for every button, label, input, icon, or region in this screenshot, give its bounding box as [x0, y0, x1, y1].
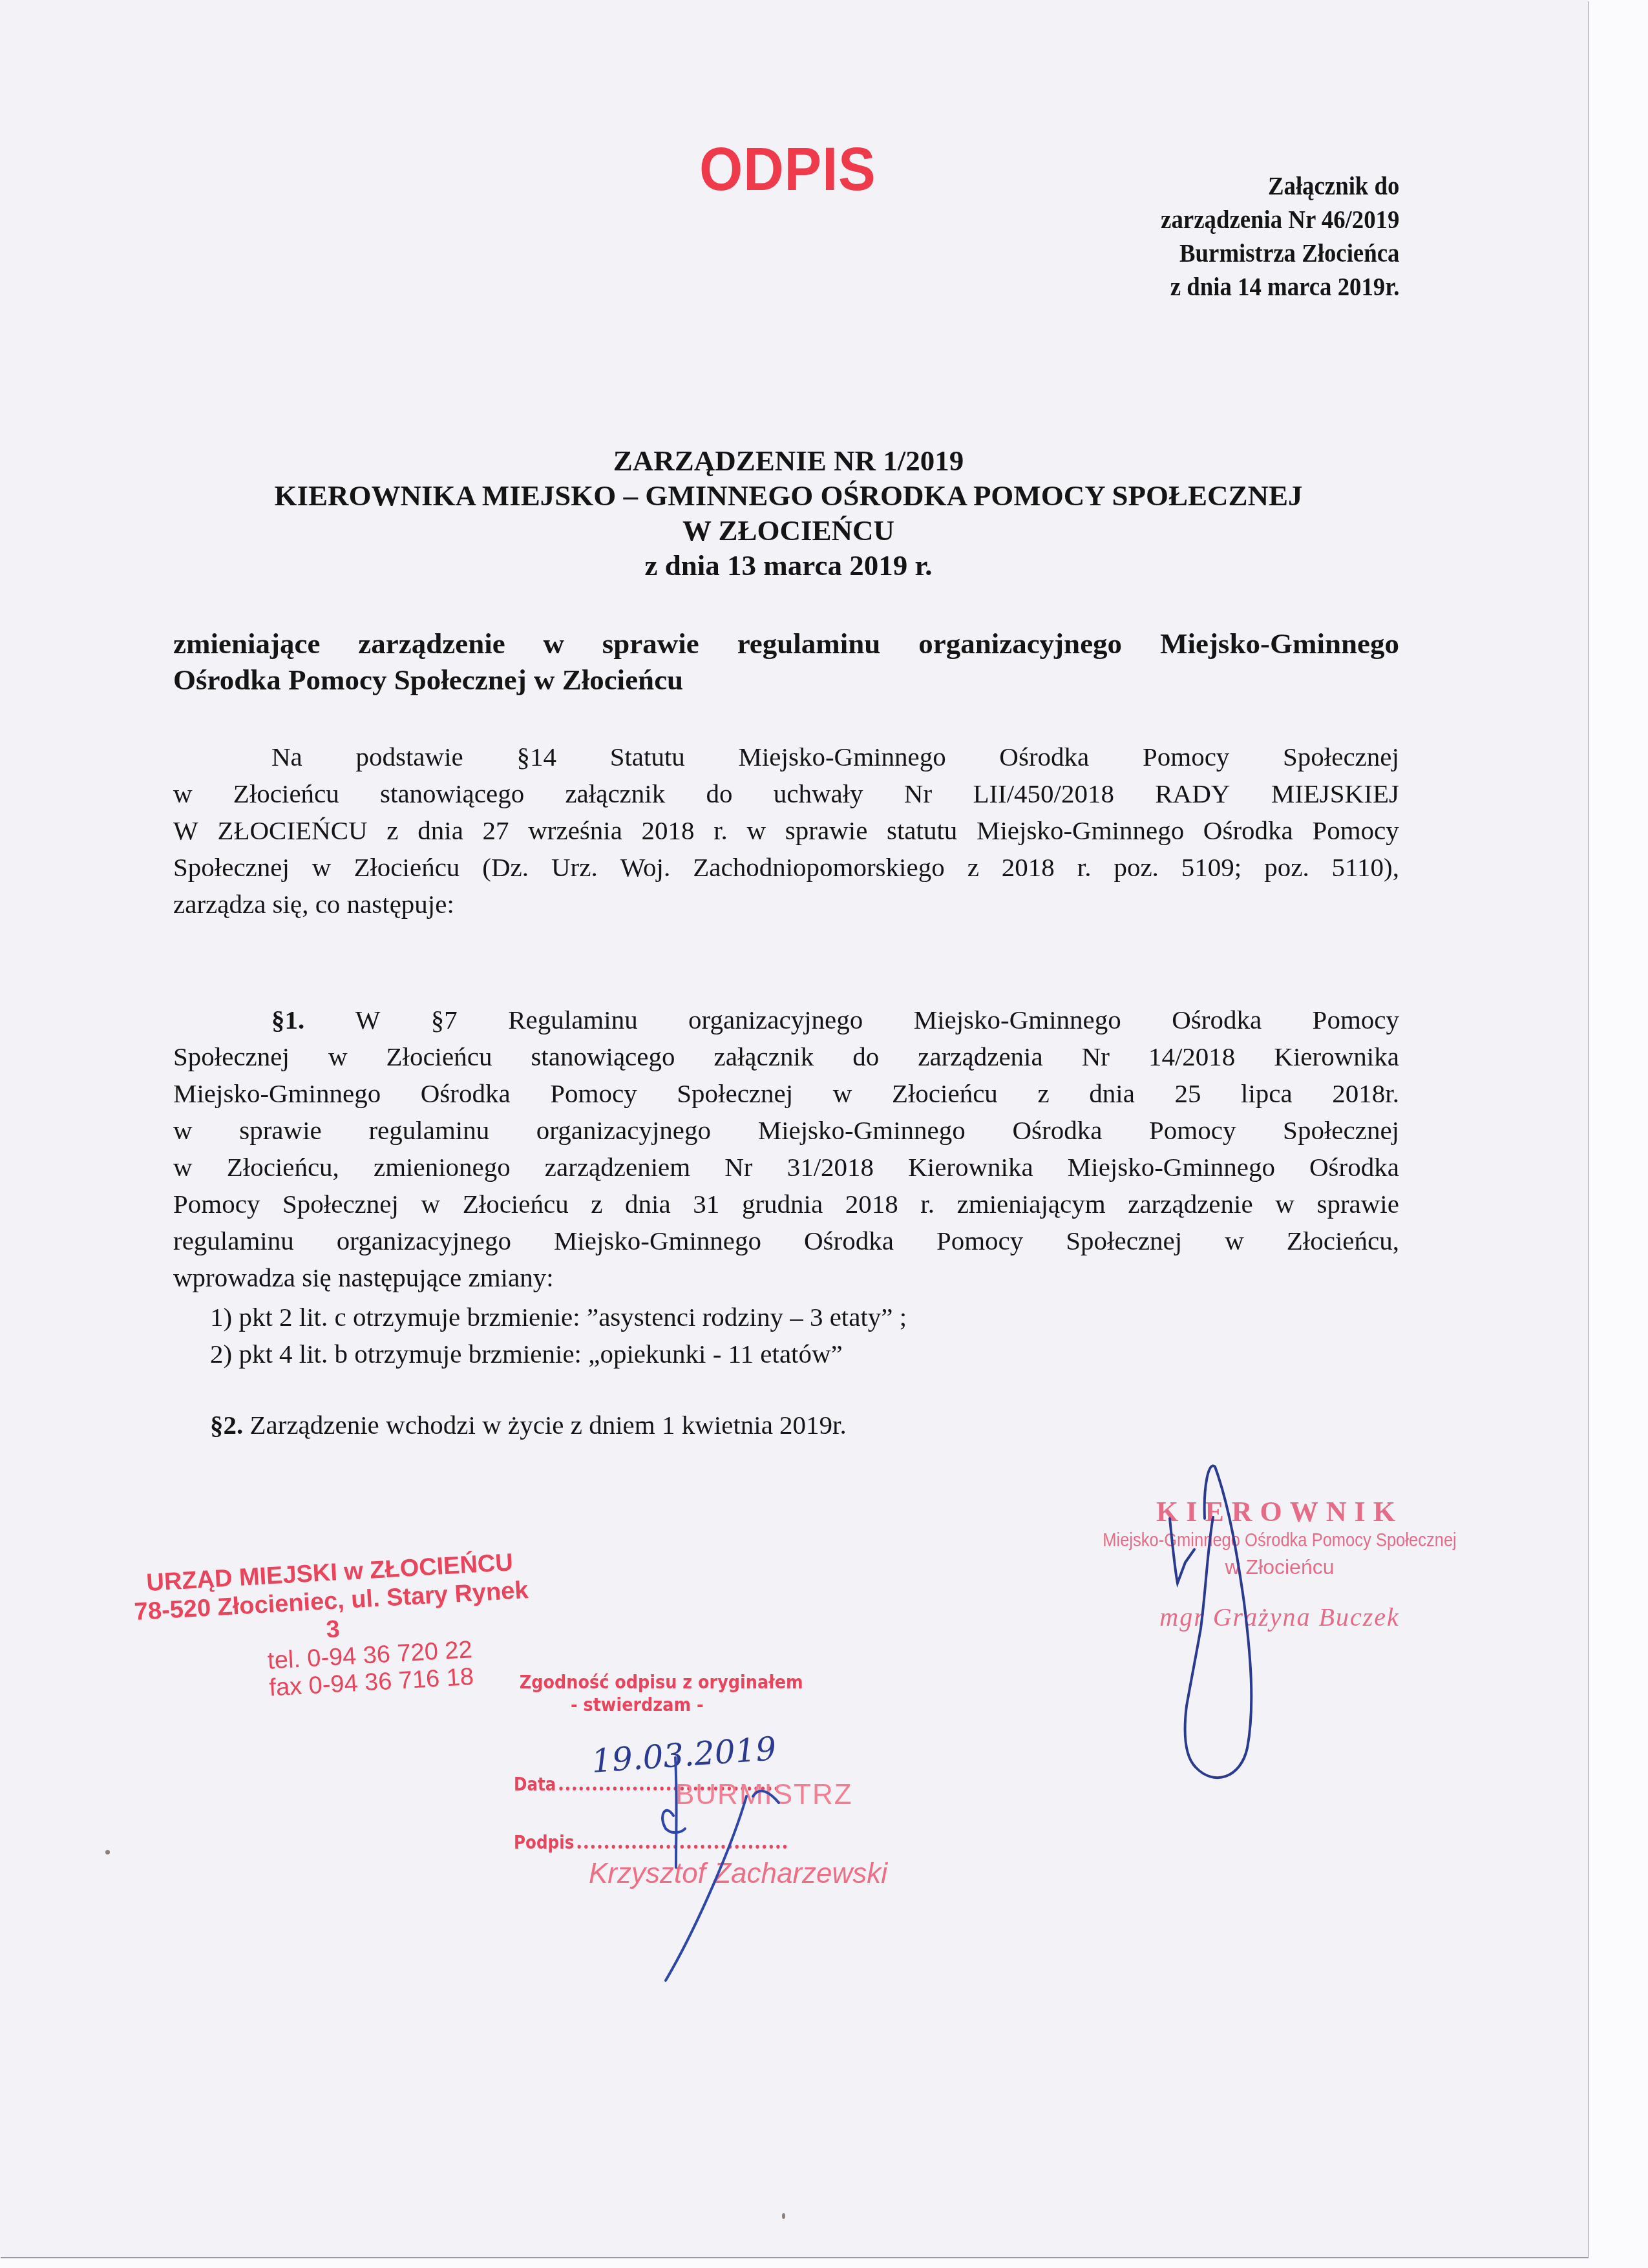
- word: Nr: [904, 775, 932, 812]
- word: w: [747, 812, 766, 849]
- word: zarządzeniem: [545, 1149, 690, 1186]
- word: Nr: [1082, 1038, 1110, 1075]
- word: Kierownika: [908, 1149, 1033, 1186]
- word: dnia: [417, 812, 463, 849]
- word: (Dz.: [482, 849, 529, 886]
- word: 2018: [845, 1186, 898, 1223]
- word: 31/2018: [787, 1149, 874, 1186]
- list-item: 1) pkt 2 lit. c otrzymuje brzmienie: ”as…: [210, 1299, 907, 1336]
- word: Złocieńcu,: [227, 1149, 339, 1186]
- word: 14/2018: [1148, 1038, 1235, 1075]
- preamble-line: WZŁOCIEŃCUzdnia27września2018r.wsprawies…: [173, 812, 1399, 849]
- word: załącznik: [714, 1038, 814, 1075]
- director-stamp-org: Miejsko-Gminnego Ośrodka Pomocy Społeczn…: [1097, 1528, 1461, 1553]
- preamble-line: Napodstawie§14StatutuMiejsko-GminnegoOśr…: [173, 739, 1399, 775]
- word: w: [1275, 1186, 1294, 1223]
- word: sprawie: [239, 1112, 322, 1149]
- word: Miejsko-Gminnego: [1160, 625, 1399, 662]
- word: r.: [920, 1186, 935, 1223]
- signature-field: Podpis: [514, 1832, 787, 1853]
- copy-stamp: ODPIS: [699, 134, 876, 204]
- word: Ośrodka: [1309, 1149, 1399, 1186]
- word: sprawie: [602, 625, 699, 662]
- title-line: W ZŁOCIEŃCU: [0, 513, 1577, 548]
- word: 25: [1174, 1075, 1201, 1112]
- mayor-title: BURMISTRZ: [675, 1779, 853, 1811]
- word: Miejsko-Gminnego: [554, 1223, 761, 1259]
- word: Pomocy: [1313, 1002, 1399, 1038]
- word: z: [591, 1186, 602, 1223]
- amendment-list: 1) pkt 2 lit. c otrzymuje brzmienie: ”as…: [210, 1299, 907, 1372]
- word: r.: [1077, 849, 1092, 886]
- section-1-line: wprowadza się następujące zmiany:: [173, 1259, 1399, 1296]
- word: MIEJSKIEJ: [1271, 775, 1399, 812]
- word: Miejsko-Gminnego: [758, 1112, 966, 1149]
- word: Miejsko-Gminnego: [1068, 1149, 1275, 1186]
- word: Społecznej: [1066, 1223, 1182, 1259]
- word: zarządzenie: [1128, 1186, 1252, 1223]
- annex-line: z dnia 14 marca 2019r.: [1161, 270, 1399, 304]
- word: w: [173, 775, 193, 812]
- signature-label: Podpis: [514, 1832, 574, 1853]
- office-stamp: URZĄD MIEJSKI w ZŁOCIEŃCU 78-520 Złocien…: [122, 1547, 543, 1709]
- section-2-text: Zarządzenie wchodzi w życie z dniem 1 kw…: [243, 1410, 847, 1440]
- annex-line: Załącznik do: [1161, 169, 1399, 203]
- date-label: Data: [514, 1774, 556, 1795]
- word: w: [173, 1112, 193, 1149]
- director-stamp-title: KIEROWNIK: [1073, 1496, 1486, 1528]
- word: Społecznej: [677, 1075, 793, 1112]
- word: Pomocy: [1149, 1112, 1236, 1149]
- word: Ośrodka: [804, 1223, 894, 1259]
- word: poz.: [1114, 849, 1158, 886]
- director-stamp-city: w Złocieńcu: [1073, 1553, 1486, 1581]
- word: grudnia: [742, 1186, 823, 1223]
- word: ZŁOCIEŃCU: [217, 812, 367, 849]
- word: W: [173, 812, 198, 849]
- word: Pomocy: [936, 1223, 1023, 1259]
- word: z: [967, 849, 979, 886]
- word: Społecznej: [1283, 739, 1399, 775]
- word: RADY: [1155, 775, 1230, 812]
- certification-line-1: Zgodność odpisu z oryginałem: [514, 1670, 867, 1694]
- annex-line: Burmistrza Złocieńca: [1161, 236, 1399, 270]
- word: Miejsko-Gminnego: [977, 812, 1184, 849]
- word: w: [421, 1186, 441, 1223]
- word: Złocieńcu,: [1287, 1223, 1399, 1259]
- preamble-line: SpołecznejwZłocieńcu(Dz.Urz.Woj.Zachodni…: [173, 849, 1399, 886]
- word: 5109;: [1181, 849, 1241, 886]
- document-title: ZARZĄDZENIE NR 1/2019 KIEROWNIKA MIEJSKO…: [0, 443, 1577, 583]
- preamble-paragraph: Napodstawie§14StatutuMiejsko-GminnegoOśr…: [173, 739, 1399, 923]
- word: w: [833, 1075, 852, 1112]
- word: z: [1037, 1075, 1049, 1112]
- word: Pomocy: [550, 1075, 637, 1112]
- word: w: [1225, 1223, 1244, 1259]
- word: organizacyjnego: [337, 1223, 511, 1259]
- word: Urz.: [551, 849, 598, 886]
- word: W: [355, 1002, 381, 1038]
- word: w: [543, 625, 564, 662]
- word: stanowiącego: [380, 775, 524, 812]
- section-2-label: §2.: [210, 1410, 243, 1440]
- paper-speck: [105, 1850, 110, 1854]
- certification-stamp: Zgodność odpisu z oryginałem - stwierdza…: [514, 1670, 914, 1716]
- title-line: KIEROWNIKA MIEJSKO – GMINNEGO OŚRODKA PO…: [0, 478, 1577, 513]
- word: 2018: [1002, 849, 1055, 886]
- word: 27: [483, 812, 509, 849]
- word: Zachodniopomorskiego: [693, 849, 944, 886]
- signature-dotted-line: [578, 1842, 787, 1849]
- title-line: z dnia 13 marca 2019 r.: [0, 548, 1577, 583]
- word: podstawie: [356, 739, 463, 775]
- word: dnia: [1089, 1075, 1135, 1112]
- word: 2018r.: [1332, 1075, 1399, 1112]
- word: Miejsko-Gminnego: [173, 1075, 381, 1112]
- word: sprawie: [785, 812, 868, 849]
- word: Ośrodka: [1172, 1002, 1262, 1038]
- word: regulaminu: [737, 625, 881, 662]
- paper-speck: [782, 2213, 785, 2219]
- subtitle-line: zmieniającezarządzeniewsprawieregulaminu…: [173, 625, 1399, 662]
- director-stamp-name: mgr Grażyna Buczek: [1073, 1598, 1486, 1637]
- section-2: §2. Zarządzenie wchodzi w życie z dniem …: [210, 1407, 847, 1444]
- word: Ośrodka: [1203, 812, 1293, 849]
- word: w: [328, 1038, 348, 1075]
- word: Społecznej: [173, 849, 290, 886]
- word: Woj.: [620, 849, 671, 886]
- mayor-name: Krzysztof Zacharzewski: [589, 1858, 887, 1890]
- word: w: [173, 1149, 193, 1186]
- preamble-line: wZłocieńcustanowiącegozałącznikdouchwały…: [173, 775, 1399, 812]
- subtitle-line: Ośrodka Pomocy Społecznej w Złocieńcu: [173, 662, 1399, 698]
- word: zmieniającym: [957, 1186, 1106, 1223]
- word: Regulaminu: [508, 1002, 637, 1038]
- list-item: 2) pkt 4 lit. b otrzymuje brzmienie: „op…: [210, 1336, 907, 1372]
- section-1-label: §1.: [271, 1002, 304, 1038]
- title-line: ZARZĄDZENIE NR 1/2019: [0, 443, 1577, 478]
- word: stanowiącego: [531, 1038, 675, 1075]
- word: organizacyjnego: [536, 1112, 711, 1149]
- director-stamp: KIEROWNIK Miejsko-Gminnego Ośrodka Pomoc…: [1073, 1496, 1486, 1637]
- word: Pomocy: [1143, 739, 1229, 775]
- word: Nr: [724, 1149, 752, 1186]
- section-1-line: SpołecznejwZłocieńcustanowiącegozałączni…: [173, 1038, 1399, 1075]
- word: w: [312, 849, 332, 886]
- certification-line-2: - stwierdzam -: [514, 1694, 867, 1716]
- word: załącznik: [565, 775, 665, 812]
- section-1-line: regulaminuorganizacyjnegoMiejsko-Gminneg…: [173, 1223, 1399, 1259]
- section-1-first-line: §1.W§7RegulaminuorganizacyjnegoMiejsko-G…: [173, 1002, 1399, 1038]
- annex-line: zarządzenia Nr 46/2019: [1161, 203, 1399, 236]
- section-1-line: wsprawieregulaminuorganizacyjnegoMiejsko…: [173, 1112, 1399, 1149]
- word: organizacyjnego: [688, 1002, 863, 1038]
- word: września: [528, 812, 622, 849]
- word: Kierownika: [1274, 1038, 1399, 1075]
- section-1-line: PomocySpołecznejwZłocieńcuzdnia31grudnia…: [173, 1186, 1399, 1223]
- word: Pomocy: [173, 1186, 260, 1223]
- word: zarządzenie: [358, 625, 505, 662]
- word: Statutu: [610, 739, 685, 775]
- word: Społecznej: [1283, 1112, 1399, 1149]
- word: do: [706, 775, 732, 812]
- word: lipca: [1241, 1075, 1293, 1112]
- word: r.: [713, 812, 728, 849]
- word: regulaminu: [173, 1223, 294, 1259]
- word: Ośrodka: [999, 739, 1089, 775]
- word: 2018: [642, 812, 695, 849]
- word: Złocieńcu: [463, 1186, 569, 1223]
- section-1: §1.W§7RegulaminuorganizacyjnegoMiejsko-G…: [173, 1002, 1399, 1296]
- word: zmienionego: [374, 1149, 511, 1186]
- word: Społecznej: [173, 1038, 290, 1075]
- word: Złocieńcu: [233, 775, 339, 812]
- word: sprawie: [1316, 1186, 1399, 1223]
- word: Pomocy: [1312, 812, 1399, 849]
- word: uchwały: [774, 775, 863, 812]
- word: Miejsko-Gminnego: [914, 1002, 1121, 1038]
- word: dnia: [625, 1186, 671, 1223]
- word: 31: [693, 1186, 719, 1223]
- word: §14: [516, 739, 556, 775]
- word: statutu: [887, 812, 957, 849]
- word: Złocieńcu: [354, 849, 460, 886]
- word: LII/450/2018: [973, 775, 1114, 812]
- word: 5110),: [1332, 849, 1399, 886]
- preamble-line: zarządza się, co następuje:: [173, 886, 1399, 923]
- word: Miejsko-Gminnego: [739, 739, 946, 775]
- section-1-line: Miejsko-GminnegoOśrodkaPomocySpołecznejw…: [173, 1075, 1399, 1112]
- word: zarządzenia: [918, 1038, 1042, 1075]
- word: zmieniające: [173, 625, 320, 662]
- word: z: [386, 812, 398, 849]
- word: do: [852, 1038, 879, 1075]
- word: regulaminu: [368, 1112, 489, 1149]
- word: §7: [431, 1002, 458, 1038]
- word: Złocieńcu: [386, 1038, 492, 1075]
- word: Ośrodka: [1012, 1112, 1102, 1149]
- word: organizacyjnego: [918, 625, 1122, 662]
- word: poz.: [1264, 849, 1309, 886]
- document-subtitle: zmieniającezarządzeniewsprawieregulaminu…: [173, 625, 1399, 698]
- section-1-line: wZłocieńcu,zmienionegozarządzeniemNr31/2…: [173, 1149, 1399, 1186]
- word: Złocieńcu: [892, 1075, 998, 1112]
- word: Społecznej: [282, 1186, 399, 1223]
- word: Ośrodka: [421, 1075, 511, 1112]
- word: Na: [271, 739, 302, 775]
- annex-header: Załącznik do zarządzenia Nr 46/2019 Burm…: [1161, 169, 1399, 304]
